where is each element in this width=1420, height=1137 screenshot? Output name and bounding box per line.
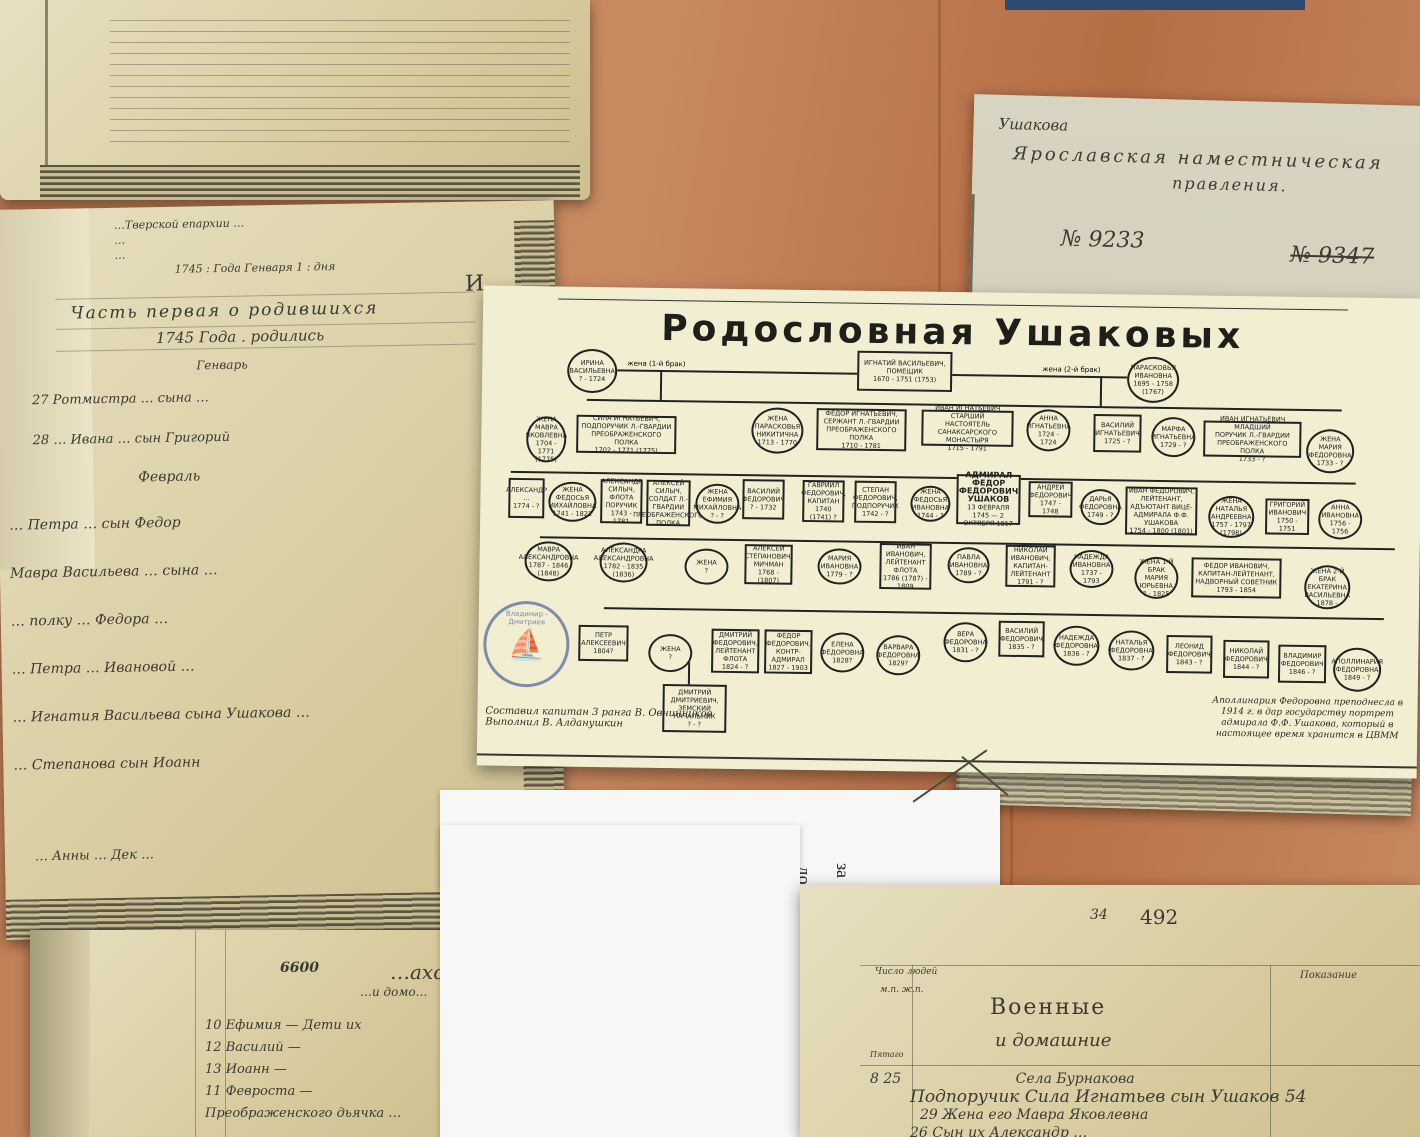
g5-node-2: Дмитрий Федорович,лейтенант флота1824 - … bbox=[711, 629, 760, 674]
bottom-left-register: 6600 …ахов. …и домо… 10 Ефимия — Дети их… bbox=[30, 930, 455, 1137]
chart-bottom-border bbox=[477, 753, 1417, 768]
register-subheader: …и домо… bbox=[360, 985, 428, 999]
connector bbox=[688, 662, 690, 686]
wife-1-node: Ирина Васильевна? - 1724 bbox=[567, 349, 618, 394]
register-title-2: и домашние bbox=[995, 1030, 1111, 1051]
g4-node-6: Павла Ивановна1789 - ? bbox=[947, 547, 989, 584]
g2-node-0: Жена Мавра Яковлевна1704 - 1771 (1775) bbox=[526, 416, 567, 463]
blue-folder-edge bbox=[1005, 0, 1305, 10]
register-footer: … Анны … Дек … bbox=[35, 847, 154, 864]
g3-node-14: Григорий Иванович1750 - 1751 bbox=[1265, 498, 1309, 535]
g5-node-4: Елена Федоровна1828? bbox=[820, 632, 865, 673]
year-line: 1745 Года . родились bbox=[156, 326, 325, 347]
g4-node-3: Алексей Степанович,мичман1768 - (1807) bbox=[744, 544, 793, 585]
folder-number: № 9233 bbox=[1060, 226, 1144, 253]
g2-node-1: Сила Игнатьевич,подпоручик Л.-Гвардии Пр… bbox=[576, 415, 677, 454]
g4-node-8: Надежда Ивановна1737 - 1793 bbox=[1069, 550, 1114, 589]
spouse-label-2: жена (2-й брак) bbox=[1042, 365, 1100, 374]
g3-node-12: Иван Федорович,лейтенант, адъютант вице-… bbox=[1125, 486, 1198, 535]
folder-line-3: правления. bbox=[1172, 173, 1288, 195]
g3-node-7: Степан Федорович,подпоручик1742 - ? bbox=[854, 481, 897, 524]
g4-node-0: Мавра Александровна1787 - 1846 (1848) bbox=[524, 541, 573, 582]
g2-node-2: Жена Парасковья Никитична1713 - 1770 bbox=[751, 407, 804, 454]
connector bbox=[604, 607, 1384, 619]
g3-node-3: Алексей Силыч,солдат Л.-Гвардии Преображ… bbox=[646, 480, 691, 527]
connector bbox=[1100, 376, 1102, 406]
g4-node-10: Федор Иванович,капитан-лейтенант, надвор… bbox=[1191, 557, 1282, 598]
blank-white-sheet bbox=[440, 825, 800, 1137]
g3-node-6: Гавриил Федорович,капитан1740 (1741) ? bbox=[802, 480, 845, 523]
chart-title: Родословная Ушаковых bbox=[563, 307, 1343, 359]
column-line bbox=[195, 930, 196, 1137]
right-header: Показание bbox=[1300, 970, 1357, 981]
page-edges bbox=[40, 165, 580, 200]
g4-node-11: Жена 2-й брак Екатерина Васильевна1878 - bbox=[1304, 565, 1351, 610]
top-open-book bbox=[0, 0, 590, 200]
root-node: Игнатий Васильевич,помещик1670 - 1751 (1… bbox=[857, 351, 953, 392]
portrait-note: Аполлинария Федоровна преподнесла в 1914… bbox=[1207, 696, 1408, 743]
connector bbox=[617, 369, 857, 374]
register-header: …Тверской епархии … … … 1745 : Года Генв… bbox=[114, 214, 336, 278]
g5-node-7: Василий Федорович1835 - ? bbox=[998, 621, 1044, 658]
january-entries: 27 Ротмистра … сына … 28 … Ивана … сын Г… bbox=[32, 378, 231, 461]
folder-number-struck: № 9347 bbox=[1290, 242, 1374, 269]
g3-node-0: Александр …1774 - ? bbox=[508, 478, 545, 518]
rule-line bbox=[55, 292, 475, 300]
book-spine bbox=[45, 0, 48, 170]
bottom-right-register: 34 492 Число людей м.п. ж.п. Пятаго Воен… bbox=[800, 885, 1420, 1137]
ship-icon: ⛵ bbox=[486, 626, 567, 667]
col-header-2: м.п. ж.п. bbox=[880, 985, 924, 995]
page-number-prefix: 34 bbox=[1090, 907, 1108, 923]
folder-line-1: Ушакова bbox=[998, 115, 1068, 135]
g3-node-9-admiral: Адмирал Федор Федорович Ушаков13 февраля… bbox=[956, 474, 1021, 525]
g5-node-0: Петр Алексеевич1804? bbox=[578, 625, 628, 662]
g5-node-6: Вера Федоровна1831 - ? bbox=[943, 622, 988, 663]
register-rows: 10 Ефимия — Дети их 12 Василий — 13 Иоан… bbox=[205, 1015, 401, 1125]
g3-node-11: Дарья Федоровна1749 - ? bbox=[1080, 489, 1120, 526]
g5-node-11: Николай Федорович1844 - ? bbox=[1223, 640, 1270, 679]
genealogy-chart: Родословная Ушаковых Ирина Васильевна? -… bbox=[477, 285, 1420, 778]
print-fragment-1: за bbox=[832, 863, 853, 878]
archive-stamp: Владимир - Дмитриев ⛵ bbox=[483, 601, 570, 688]
g2-node-4: Иван Игнатьевич старшийнастоятель Санакс… bbox=[921, 410, 1013, 447]
register-binding bbox=[30, 930, 90, 1137]
handwritten-lines bbox=[110, 10, 570, 142]
rule-line bbox=[860, 1065, 1420, 1066]
g5-node-10: Леонид Федорович1843 - ? bbox=[1166, 635, 1213, 674]
g3-node-15: Анна Ивановна1756 - 1756 bbox=[1318, 499, 1363, 540]
g3-node-8: Жена Федосья Ивановна1744 - ? bbox=[910, 485, 950, 522]
month-january: Генварь bbox=[196, 358, 248, 373]
g4-node-7: Николай Иванович,капитан-лейтенант1791 -… bbox=[1005, 545, 1056, 588]
col-footer: Пятаго bbox=[870, 1050, 904, 1059]
g3-node-13: Жена Наталья Андреевна1757 - 1797 (1798) bbox=[1208, 496, 1255, 539]
stamp-number: 6600 bbox=[280, 960, 319, 976]
g3-node-4: Жена Ефимия Михайловна? - ? bbox=[695, 483, 740, 524]
g3-node-10: Андрей Федорович1747 - 1748 bbox=[1028, 481, 1072, 518]
connector bbox=[660, 370, 662, 400]
register-entries: 8 25 Села Бурнакова Подпоручик Сила Игна… bbox=[870, 1070, 1306, 1137]
g4-node-9: Жена 1-й брак Мария Юрьевна? - 1825 bbox=[1134, 557, 1179, 600]
page-marker: И bbox=[465, 271, 485, 296]
g2-node-5: Анна Игнатьевна1724 - 1724 bbox=[1026, 409, 1071, 452]
g4-node-4: Мария Ивановна1779 - ? bbox=[817, 548, 861, 585]
g2-node-6: Василий Игнатьевич1725 - ? bbox=[1093, 414, 1142, 453]
register-title-1: Военные bbox=[990, 995, 1106, 1020]
g5-node-3: Федор Федорович,контр-адмирал1827 - 1903 bbox=[764, 629, 813, 674]
section-title: Часть первая о родившихся bbox=[70, 298, 378, 323]
page-number: 492 bbox=[1140, 905, 1178, 929]
folder-line-2: Ярославская наместническая bbox=[1013, 143, 1384, 174]
g2-node-8: Иван Игнатьевич младшийпоручик Л.-Гварди… bbox=[1203, 421, 1301, 458]
table-seam bbox=[938, 0, 941, 300]
month-february: Февраль bbox=[138, 468, 200, 485]
g5-node-9: Наталья Федоровна1837 - ? bbox=[1108, 630, 1155, 671]
rule-line bbox=[860, 965, 1420, 966]
spouse-label-1: жена (1-й брак) bbox=[627, 359, 685, 368]
g2-node-3: Федор Игнатьевич,сержант Л.-Гвардии Прео… bbox=[816, 408, 907, 451]
g3-node-1: Жена Федосья Михайловна1741 - 1821 bbox=[548, 481, 597, 522]
col-header-1: Число людей bbox=[875, 967, 937, 977]
g2-node-9: Жена Мария Федоровна1733 - ? bbox=[1306, 429, 1355, 474]
g4-node-2: Жена? bbox=[684, 548, 728, 585]
g2-node-7: Марфа Игнатьевна1729 - ? bbox=[1151, 417, 1196, 458]
g5-node-13: Аполлинария Федоровна1849 - ? bbox=[1333, 647, 1382, 692]
compiler-credit: Составил капитан 3 ранга В. Овчинников В… bbox=[485, 706, 712, 731]
g4-node-1: Александра Александровна1782 - 1835 (183… bbox=[599, 542, 648, 583]
wife-2-node: Парасковья Ивановна1695 - 1758 (1767) bbox=[1127, 356, 1180, 403]
g5-node-5: Варвара Федоровна1829? bbox=[876, 635, 921, 676]
g5-node-12: Владимир Федорович1846 - ? bbox=[1278, 645, 1327, 684]
g3-node-5: Василий Федорович? - 1732 bbox=[742, 479, 785, 520]
g5-node-1: Жена? bbox=[648, 634, 693, 673]
g5-node-8: Надежда Федоровна1836 - ? bbox=[1053, 625, 1100, 666]
february-entries: … Петра … сын Федор Мавра Васильева … сы… bbox=[9, 497, 311, 790]
g4-node-5: Иван Иванович,лейтенант флота1786 (1787)… bbox=[879, 543, 932, 590]
